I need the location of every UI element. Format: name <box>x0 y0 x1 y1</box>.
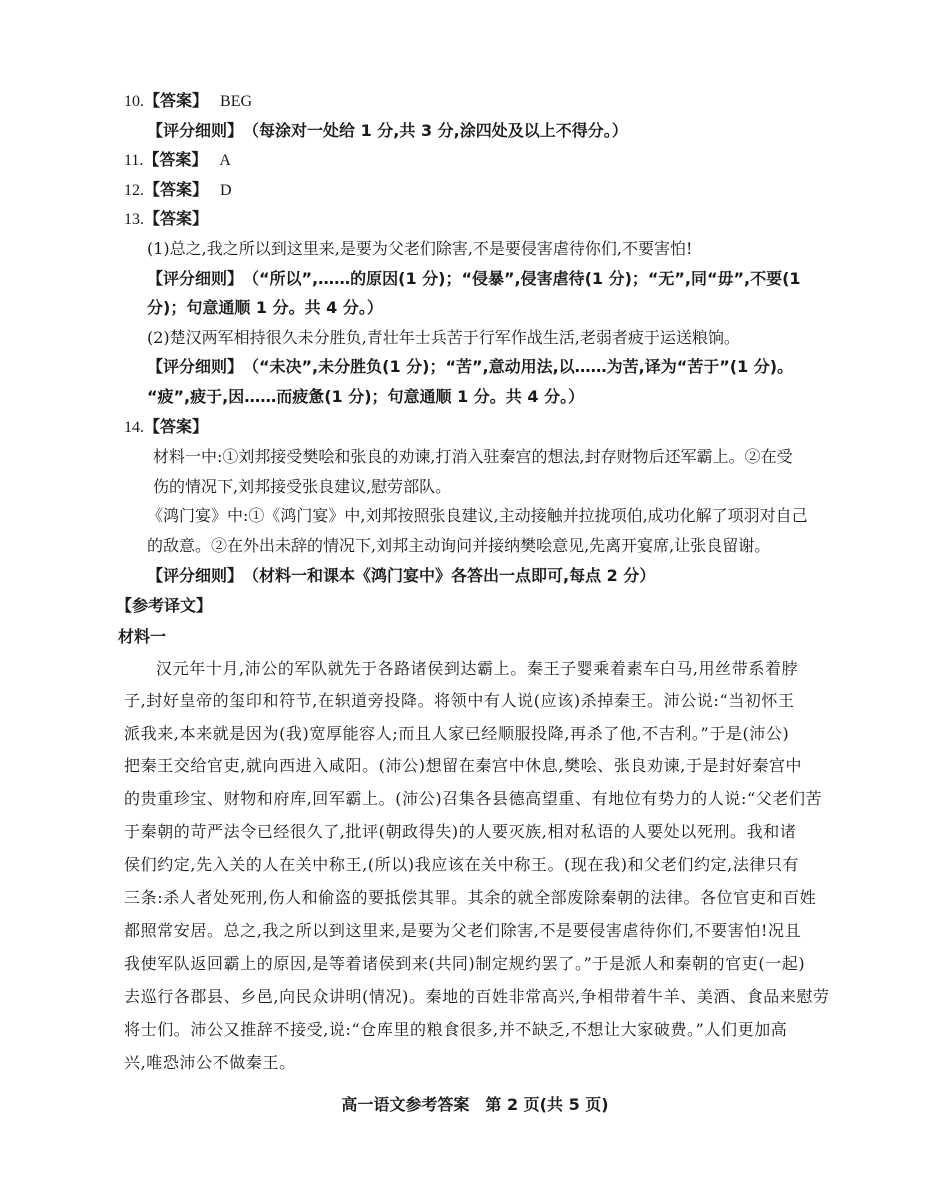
rubric-label: 【评分细则】 <box>147 566 243 585</box>
answer-14-material-1-cont: 伤的情况下,刘邦接受张良建议,慰劳部队。 <box>153 477 451 497</box>
question-number: 12. <box>124 182 144 199</box>
answer-13-part-1: (1)总之,我之所以到这里来,是要为父老们除害,不是要侵害虐待你们,不要害怕! <box>147 239 692 259</box>
rubric-label: 【评分细则】 <box>147 121 243 140</box>
answer-14-material-1: 材料一中:①刘邦接受樊哙和张良的劝谏,打消入驻秦宫的想法,封存财物后还军霸上。②… <box>153 447 793 467</box>
answer-12: 12.【答案】D <box>124 180 232 201</box>
rubric-13-1-cont: 分)；句意通顺 1 分。共 4 分。） <box>147 298 383 318</box>
answer-label: 【答案】 <box>144 180 208 199</box>
rubric-label: 【评分细则】 <box>147 357 243 376</box>
rubric-text: （每涂对一处给 1 分,共 3 分,涂四处及以上不得分。） <box>251 121 628 140</box>
answer-label: 【答案】 <box>144 209 208 228</box>
translation-line: 把秦王交给官吏,就向西进入咸阳。(沛公)想留在秦宫中休息,樊哙、张良劝谏,于是封… <box>124 756 802 776</box>
rubric-14: 【评分细则】（材料一和课本《鸿门宴中》各答出一点即可,每点 2 分） <box>147 566 655 586</box>
answer-13: 13.【答案】 <box>124 209 208 230</box>
answer-14-hongmen: 《鸿门宴》中:①《鸿门宴》中,刘邦按照张良建议,主动接触并拉拢项伯,成功化解了项… <box>147 506 808 526</box>
answer-14-hongmen-cont: 的敌意。②在外出未辞的情况下,刘邦主动询问并接纳樊哙意见,先离开宴席,让张良留谢… <box>147 536 770 556</box>
rubric-text: （材料一和课本《鸿门宴中》各答出一点即可,每点 2 分） <box>251 566 655 585</box>
rubric-13-2-cont: “疲”,疲于,因……而疲惫(1 分)；句意通顺 1 分。共 4 分。） <box>147 387 584 407</box>
rubric-13-1: 【评分细则】（“所以”,……的原因(1 分)；“侵暴”,侵害虐待(1 分)；“无… <box>147 269 801 289</box>
question-number: 13. <box>124 211 144 228</box>
answer-value: BEG <box>220 93 252 110</box>
translation-line: 将士们。沛公又推辞不接受,说:“仓库里的粮食很多,并不缺乏,不想让大家破费。”人… <box>124 1020 787 1040</box>
document-page: 10.【答案】BEG 【评分细则】（每涂对一处给 1 分,共 3 分,涂四处及以… <box>0 0 950 1177</box>
answer-14: 14.【答案】 <box>124 417 208 438</box>
rubric-label: 【评分细则】 <box>147 269 243 288</box>
rubric-13-2: 【评分细则】（“未决”,未分胜负(1 分)；“苦”,意动用法,以……为苦,译为“… <box>147 357 793 377</box>
rubric-text: （“未决”,未分胜负(1 分)；“苦”,意动用法,以……为苦,译为“苦于”(1 … <box>251 357 793 376</box>
translation-subheading: 材料一 <box>118 627 166 647</box>
translation-line: 侯们约定,先入关的人在关中称王,(所以)我应该在关中称王。(现在我)和父老们约定… <box>124 855 799 875</box>
page-footer: 高一语文参考答案 第 2 页(共 5 页) <box>0 1092 950 1115</box>
answer-value: A <box>219 152 231 169</box>
translation-line: 我使军队返回霸上的原因,是等着诸侯到来(共同)制定规约罢了。”于是派人和秦朝的官… <box>124 954 805 974</box>
answer-label: 【答案】 <box>144 91 208 110</box>
translation-line: 去巡行各郡县、乡邑,向民众讲明(情况)。秦地的百姓非常高兴,争相带着牛羊、美酒、… <box>124 987 830 1007</box>
answer-value: D <box>220 182 232 199</box>
translation-line: 兴,唯恐沛公不做秦王。 <box>124 1053 296 1073</box>
translation-line: 于秦朝的苛严法令已经很久了,批评(朝政得失)的人要灭族,相对私语的人要处以死刑。… <box>124 822 796 842</box>
translation-line: 汉元年十月,沛公的军队就先于各路诸侯到达霸上。秦王子婴乘着素车白马,用丝带系着脖 <box>156 659 798 679</box>
question-number: 10. <box>124 93 144 110</box>
answer-11: 11.【答案】A <box>124 150 231 171</box>
answer-label: 【答案】 <box>144 417 208 436</box>
answer-10: 10.【答案】BEG <box>124 91 252 112</box>
translation-heading: 【参考译文】 <box>116 596 212 616</box>
answer-label: 【答案】 <box>143 150 207 169</box>
translation-line: 三条:杀人者处死刑,伤人和偷盗的要抵偿其罪。其余的就全部废除秦朝的法律。各位官吏… <box>124 888 816 908</box>
question-number: 14. <box>124 419 144 436</box>
question-number: 11. <box>124 152 143 169</box>
rubric-text: （“所以”,……的原因(1 分)；“侵暴”,侵害虐待(1 分)；“无”,同“毋”… <box>251 269 801 288</box>
answer-13-part-2: (2)楚汉两军相持很久未分胜负,青壮年士兵苦于行军作战生活,老弱者疲于运送粮饷。 <box>147 328 740 348</box>
translation-line: 派我来,本来就是因为(我)宽厚能容人;而且人家已经顺服投降,再杀了他,不吉利。”… <box>124 724 789 744</box>
rubric-10: 【评分细则】（每涂对一处给 1 分,共 3 分,涂四处及以上不得分。） <box>147 121 628 141</box>
translation-line: 都照常安居。总之,我之所以到这里来,是要为父老们除害,不是要侵害虐待你们,不要害… <box>124 921 801 941</box>
translation-line: 子,封好皇帝的玺印和符节,在轵道旁投降。将领中有人说(应该)杀掉秦王。沛公说:“… <box>124 691 795 711</box>
translation-line: 的贵重珍宝、财物和府库,回军霸上。(沛公)召集各县德高望重、有地位有势力的人说:… <box>124 789 822 809</box>
